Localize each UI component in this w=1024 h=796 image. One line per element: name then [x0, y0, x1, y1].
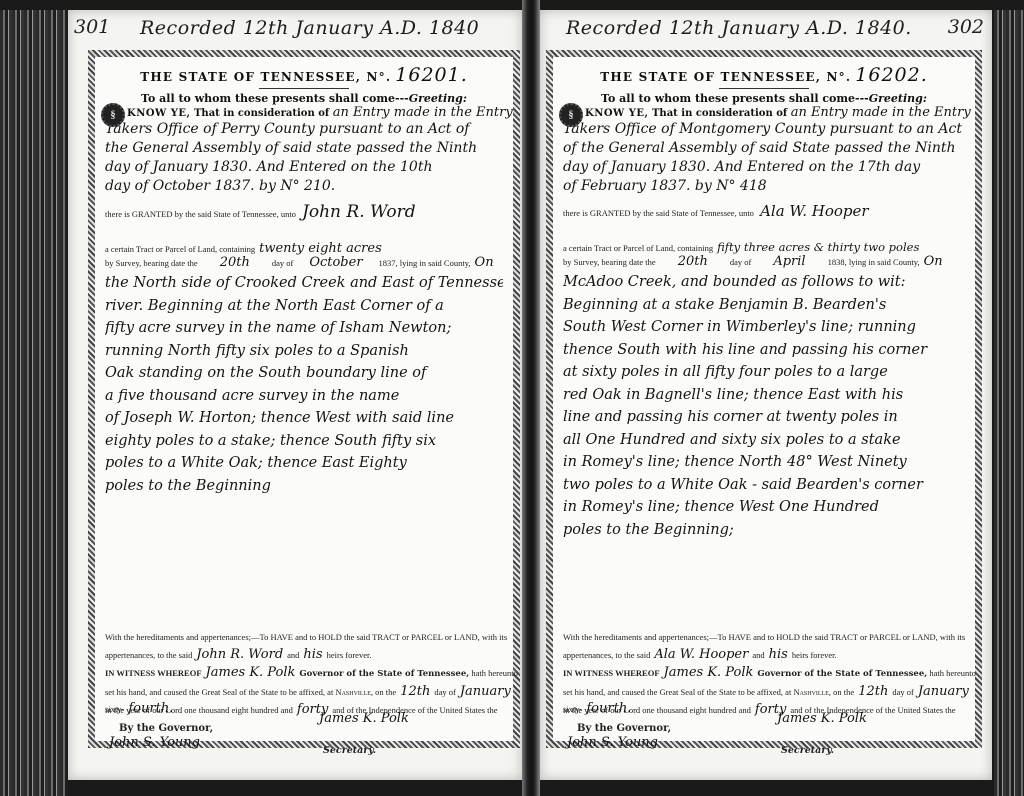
consideration-line: Takers Office of Perry County pursuant t…	[105, 120, 503, 139]
nashville: Nashville	[335, 687, 370, 697]
habendum-text: With the hereditaments and appertenances…	[563, 629, 965, 646]
seal-day: 12th	[858, 684, 888, 699]
consideration-line: the General Assembly of said state passe…	[105, 139, 503, 158]
grant-border-frame: THE STATE OF TENNESSEE, N°.16201. To all…	[88, 50, 520, 748]
land-description: the North side of Crooked Creek and East…	[105, 272, 503, 497]
consideration-line: an Entry made in the Entry	[791, 105, 971, 120]
know-ye-label: KNOW YE,	[127, 108, 191, 119]
his-word: his	[769, 647, 788, 662]
know-ye-text: That in consideration of	[652, 108, 787, 119]
granted-clause: there is GRANTED by the said State of Te…	[563, 202, 965, 220]
state-title: THE STATE OF TENNESSEE, N°.16201.	[105, 64, 503, 86]
governor-name: James K. Polk	[206, 665, 296, 680]
hath-label: hath hereunto	[471, 668, 518, 678]
and-label: and	[752, 650, 764, 660]
page-header: 301 Recorded 12th January A.D. 1840	[68, 14, 522, 48]
grantee-name: Ala W. Hooper	[760, 202, 868, 220]
secretary-signature: John S. Young	[109, 735, 200, 750]
witness-label: IN WITNESS WHEREOF	[105, 668, 202, 678]
on-the-label: , on the	[371, 687, 396, 697]
secretary-label: Secretary.	[781, 745, 834, 756]
survey-label: by Survey, bearing date the	[105, 258, 198, 268]
consideration-lines: Takers Office of Perry County pursuant t…	[105, 120, 503, 196]
hath-label: hath hereunto	[929, 668, 976, 678]
sixty-label: sixty-	[563, 704, 582, 714]
consideration-line: day of January 1830. And Entered on the …	[563, 158, 965, 177]
grant-border-frame: THE STATE OF TENNESSEE, N°.16202. To all…	[546, 50, 982, 748]
consideration-lines: Takers Office of Montgomery County pursu…	[563, 120, 965, 196]
seal-text: set his hand, and caused the Great Seal …	[563, 687, 791, 697]
governor-name: James K. Polk	[664, 665, 754, 680]
page-header: Recorded 12th January A.D. 1840. 302	[540, 14, 992, 48]
survey-month: October	[309, 255, 362, 270]
appurtenances-label: appertenances, to the said	[563, 650, 650, 660]
habendum-text: With the hereditaments and appertenances…	[105, 629, 503, 646]
seal-month: January	[460, 684, 511, 699]
survey-year: 1838	[828, 257, 845, 267]
description-line: river. Beginning at the North East Corne…	[105, 295, 503, 318]
secretary-label: Secretary.	[323, 745, 376, 756]
tract-label: a certain Tract or Parcel of Land, conta…	[105, 244, 255, 254]
description-line: two poles to a White Oak - said Bearden'…	[563, 474, 965, 497]
independence-year: fourth.	[128, 701, 173, 716]
governor-signature: James K. Polk	[319, 711, 409, 726]
grantee-repeat: John R. Word	[196, 647, 283, 662]
description-line: in Romey's line; thence North 48° West N…	[563, 451, 965, 474]
by-the-governor: By the Governor,	[577, 723, 671, 734]
sixty-label: sixty-	[105, 704, 124, 714]
description-line: line and passing his corner at twenty po…	[563, 406, 965, 429]
description-line: of Joseph W. Horton; thence West with sa…	[105, 407, 503, 430]
tract-clause: a certain Tract or Parcel of Land, conta…	[563, 240, 965, 269]
nashville: Nashville	[793, 687, 828, 697]
lying-label: , lying in said County,	[845, 257, 920, 267]
survey-month: April	[773, 254, 805, 269]
seal-day-of: day of	[434, 687, 455, 697]
greeting-text: To all to whom these presents shall come…	[601, 92, 869, 105]
grantee-repeat: Ala W. Hooper	[654, 647, 748, 662]
signature-block: sixty-fourth. By the Governor, John S. Y…	[105, 717, 503, 777]
description-line: a five thousand acre survey in the name	[105, 385, 503, 408]
by-the-governor: By the Governor,	[119, 723, 213, 734]
consideration-line: of February 1837. by N° 418	[563, 177, 965, 196]
description-line: poles to the Beginning	[105, 475, 503, 498]
grant-number: 16202.	[855, 64, 927, 86]
state-title: THE STATE OF TENNESSEE, N°.16202.	[563, 64, 965, 86]
governor-title: Governor of the State of Tennessee,	[299, 669, 469, 679]
survey-day: 20th	[220, 255, 250, 270]
description-line: the North side of Crooked Creek and East…	[105, 272, 503, 295]
description-line: fifty acre survey in the name of Isham N…	[105, 317, 503, 340]
consideration-line: Takers Office of Montgomery County pursu…	[563, 120, 965, 139]
survey-year: 1837	[379, 258, 396, 268]
independence-year: fourth.	[586, 701, 631, 716]
consideration-line: day of October 1837. by N° 210.	[105, 177, 503, 196]
description-line: all One Hundred and sixty six poles to a…	[563, 429, 965, 452]
seal-day-of: day of	[892, 687, 913, 697]
description-line: On	[475, 255, 494, 270]
page-number: 302	[948, 16, 984, 38]
seal-text: set his hand, and caused the Great Seal …	[105, 687, 333, 697]
consideration-line: an Entry made in the Entry	[333, 105, 513, 120]
tract-clause: a certain Tract or Parcel of Land, conta…	[105, 242, 503, 270]
secretary-signature: John S. Young	[567, 735, 658, 750]
description-line: at sixty poles in all fifty four poles t…	[563, 361, 965, 384]
seal-day: 12th	[400, 684, 430, 699]
greeting: To all to whom these presents shall come…	[105, 92, 503, 105]
know-ye-clause: KNOW YE, That in consideration of an Ent…	[127, 105, 503, 120]
heirs-label: heirs forever.	[327, 650, 372, 660]
title-rule	[259, 88, 349, 89]
grantee-name: John R. Word	[302, 202, 416, 222]
granted-label: there is GRANTED by the said State of Te…	[563, 208, 754, 218]
seal-month: January	[918, 684, 969, 699]
witness-label: IN WITNESS WHEREOF	[563, 668, 660, 678]
heirs-label: heirs forever.	[792, 650, 837, 660]
state-title-text: THE STATE OF TENNESSEE, N°.	[600, 70, 851, 84]
description-line: thence South with his line and passing h…	[563, 339, 965, 362]
description-line: McAdoo Creek, and bounded as follows to …	[563, 271, 965, 294]
book-gutter	[522, 0, 540, 796]
lying-label: , lying in said County,	[396, 258, 471, 268]
day-of-label: day of	[730, 257, 751, 267]
survey-label: by Survey, bearing date the	[563, 257, 656, 267]
acreage: twenty eight acres	[259, 241, 382, 256]
page-left: 301 Recorded 12th January A.D. 1840 THE …	[68, 10, 522, 780]
greeting-text: To all to whom these presents shall come…	[141, 92, 409, 105]
greeting-word: Greeting:	[869, 92, 927, 105]
signature-block: sixty-fourth. By the Governor, John S. Y…	[563, 717, 965, 777]
page-right: Recorded 12th January A.D. 1840. 302 THE…	[540, 10, 992, 780]
description-line: in Romey's line; thence West One Hundred	[563, 496, 965, 519]
description-line: South West Corner in Wimberley's line; r…	[563, 316, 965, 339]
description-line: Oak standing on the South boundary line …	[105, 362, 503, 385]
state-seal-icon: §	[559, 103, 583, 127]
governor-signature: James K. Polk	[777, 711, 867, 726]
know-ye-label: KNOW YE,	[585, 108, 649, 119]
know-ye-clause: KNOW YE, That in consideration of an Ent…	[585, 105, 965, 120]
book-page-edges-right	[994, 10, 1024, 796]
acreage: fifty three acres & thirty two poles	[717, 240, 919, 254]
description-line: On	[924, 254, 943, 269]
page-number: 301	[74, 16, 110, 38]
description-line: eighty poles to a stake; thence South fi…	[105, 430, 503, 453]
book-page-edges-left	[0, 10, 68, 796]
on-the-label: , on the	[829, 687, 854, 697]
governor-title: Governor of the State of Tennessee,	[757, 669, 927, 679]
granted-label: there is GRANTED by the said State of Te…	[105, 209, 296, 219]
description-line: poles to the Beginning;	[563, 519, 965, 542]
consideration-line: of the General Assembly of said State pa…	[563, 139, 965, 158]
tract-label: a certain Tract or Parcel of Land, conta…	[563, 243, 713, 253]
his-word: his	[303, 647, 322, 662]
recorded-date: Recorded 12th January A.D. 1840	[140, 17, 479, 39]
grant-number: 16201.	[395, 64, 467, 86]
survey-day: 20th	[678, 254, 708, 269]
know-ye-text: That in consideration of	[194, 108, 329, 119]
land-description: McAdoo Creek, and bounded as follows to …	[563, 271, 965, 541]
appurtenances-label: appertenances, to the said	[105, 650, 192, 660]
description-line: red Oak in Bagnell's line; thence East w…	[563, 384, 965, 407]
description-line: Beginning at a stake Benjamin B. Bearden…	[563, 294, 965, 317]
greeting: To all to whom these presents shall come…	[563, 92, 965, 105]
granted-clause: there is GRANTED by the said State of Te…	[105, 202, 503, 222]
state-seal-icon: §	[101, 103, 125, 127]
consideration-line: day of January 1830. And Entered on the …	[105, 158, 503, 177]
description-line: poles to a White Oak; thence East Eighty	[105, 452, 503, 475]
description-line: running North fifty six poles to a Spani…	[105, 340, 503, 363]
recorded-date: Recorded 12th January A.D. 1840.	[566, 17, 912, 39]
state-title-text: THE STATE OF TENNESSEE, N°.	[140, 70, 391, 84]
day-of-label: day of	[272, 258, 293, 268]
title-rule	[719, 88, 809, 89]
and-label: and	[287, 650, 299, 660]
greeting-word: Greeting:	[409, 92, 467, 105]
